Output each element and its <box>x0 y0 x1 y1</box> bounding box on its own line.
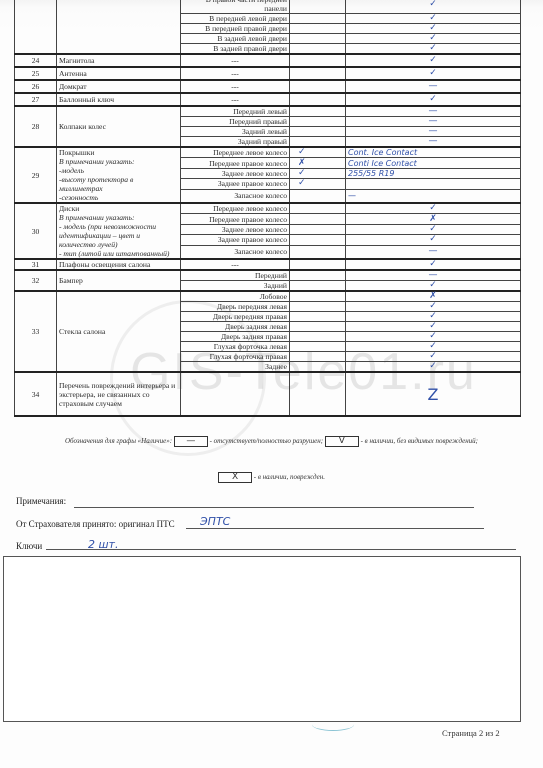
note-cell <box>290 67 346 80</box>
row-number: 26 <box>15 80 57 93</box>
item-name: Стекла салона <box>57 291 181 372</box>
keys-field[interactable]: 2 шт. <box>46 535 516 550</box>
item-name: ДискиВ примечании указать:- модель (при … <box>57 203 181 259</box>
legend-check-text: - в наличии, без видимых повреждений; <box>361 437 478 445</box>
sub-item-label: Передний <box>181 270 290 281</box>
row-number: 34 <box>15 372 57 416</box>
item-name <box>57 0 181 54</box>
row-number: 32 <box>15 270 57 291</box>
item-hint: -сезонность <box>59 193 178 202</box>
sub-item-label: Задний правый <box>181 137 290 148</box>
note-cell <box>290 127 346 137</box>
cross-icon: X <box>232 472 238 482</box>
note-cell <box>290 137 346 148</box>
sub-item-label: Передний правый <box>181 117 290 127</box>
presence-mark[interactable]: ✓ <box>346 34 521 44</box>
sub-item-label: Задний левый <box>181 127 290 137</box>
sub-item-label: В правой части передней панели <box>181 0 290 14</box>
presence-mark[interactable]: — <box>346 137 521 148</box>
note-cell <box>290 224 346 234</box>
note-cell <box>290 302 346 312</box>
note-cell <box>290 0 346 14</box>
stamp-fragment <box>312 718 354 731</box>
tire-note <box>346 179 521 189</box>
page-number: Страница 2 из 2 <box>442 728 500 738</box>
presence-mark[interactable]: — <box>346 117 521 127</box>
pts-label: От Страхователя принято: оригинал ПТС <box>16 519 175 529</box>
presence-mark[interactable]: ✓ <box>290 179 346 189</box>
sub-item-label: Переднее левое колесо <box>181 147 290 158</box>
presence-mark[interactable]: ✓ <box>346 322 521 332</box>
note-cell <box>290 54 346 67</box>
note-cell <box>290 24 346 34</box>
item-title: Бампер <box>59 276 178 285</box>
tire-note: Cont. Ice Contact <box>346 147 521 158</box>
tire-note: — <box>346 189 521 203</box>
note-cell <box>290 44 346 55</box>
sub-item-label: Дверь передняя левая <box>181 302 290 312</box>
document-page: GIS-Tele01.ru В правой части передней па… <box>0 0 543 768</box>
check-icon: V <box>339 436 345 446</box>
sub-item-label: Глухая форточка правая <box>181 352 290 362</box>
presence-mark[interactable]: ✗ <box>346 291 521 302</box>
sub-item-label: Запасное колесо <box>181 189 290 203</box>
presence-mark[interactable]: ✓ <box>290 168 346 178</box>
note-cell <box>290 372 346 416</box>
keys-label: Ключи <box>16 541 42 551</box>
table-row: 32БамперПередний— <box>15 270 521 281</box>
presence-mark[interactable]: ✓ <box>346 332 521 342</box>
presence-mark[interactable]: — <box>346 106 521 117</box>
presence-mark[interactable]: ✓ <box>346 24 521 34</box>
signature-box <box>3 556 521 722</box>
sub-item-label: Заднее <box>181 362 290 373</box>
sub-item-label: Заднее левое колесо <box>181 224 290 234</box>
notes-field[interactable] <box>74 497 474 508</box>
table-row: 26Домкрат---— <box>15 80 521 93</box>
note-cell <box>290 281 346 292</box>
item-name: Баллонный ключ <box>57 93 181 106</box>
row-number: 29 <box>15 147 57 203</box>
row-number: 27 <box>15 93 57 106</box>
note-cell <box>290 362 346 373</box>
note-cell <box>290 259 346 270</box>
presence-mark[interactable]: ✓ <box>290 147 346 158</box>
sub-item-label: Дверь задняя левая <box>181 322 290 332</box>
row-number: 24 <box>15 54 57 67</box>
row-number: 30 <box>15 203 57 259</box>
pts-value: ЭПТС <box>186 515 230 528</box>
legend-dash-text: - отсутствует/полностью разрушен; <box>210 437 324 445</box>
sub-item-label: Заднее левое колесо <box>181 168 290 178</box>
table-row: 30ДискиВ примечании указать:- модель (пр… <box>15 203 521 214</box>
table-row: 27Баллонный ключ---✓ <box>15 93 521 106</box>
item-title: Колпаки колес <box>59 122 178 131</box>
note-cell <box>290 352 346 362</box>
note-cell <box>290 203 346 214</box>
inspection-table: В правой части передней панели✓В передне… <box>14 0 521 417</box>
item-name: Колпаки колес <box>57 106 181 147</box>
sub-item-label: Глухая форточка левая <box>181 342 290 352</box>
sub-item-label: В передней левой двери <box>181 14 290 24</box>
item-title: Диски <box>59 204 178 213</box>
sub-item-label <box>181 372 290 416</box>
sub-item-label: В задней левой двери <box>181 34 290 44</box>
sub-item-label: Лобовое <box>181 291 290 302</box>
sub-item-label: --- <box>181 80 290 93</box>
presence-mark[interactable]: ✗ <box>346 214 521 224</box>
sub-item-label: Заднее правое колесо <box>181 179 290 189</box>
sub-item-label: Переднее правое колесо <box>181 214 290 224</box>
sub-item-label: Задний <box>181 281 290 292</box>
item-hint: В примечании указать: <box>59 213 178 222</box>
legend-line-2: X - в наличии, поврежден. <box>0 472 543 483</box>
presence-mark[interactable]: ✓ <box>346 0 521 14</box>
item-name: Магнитола <box>57 54 181 67</box>
row-number: 31 <box>15 259 57 270</box>
presence-mark[interactable]: ✓ <box>346 67 521 80</box>
legend-prefix: Обозначения для графы «Наличие»: <box>65 437 172 445</box>
note-cell <box>290 312 346 322</box>
presence-mark[interactable]: ✓ <box>346 281 521 292</box>
presence-mark[interactable]: ✓ <box>346 352 521 362</box>
item-title: Стекла салона <box>59 327 178 336</box>
sub-item-label: --- <box>181 259 290 270</box>
presence-mark[interactable]: — <box>346 80 521 93</box>
presence-mark[interactable] <box>290 189 346 203</box>
sub-item-label: Запасное колесо <box>181 245 290 259</box>
note-cell <box>290 34 346 44</box>
sub-item-label: Заднее правое колесо <box>181 235 290 245</box>
presence-mark[interactable]: — <box>346 245 521 259</box>
sub-item-label: --- <box>181 93 290 106</box>
sub-item-label: Дверь задняя правая <box>181 332 290 342</box>
table-row: В правой части передней панели✓ <box>15 0 521 14</box>
sub-item-label: Передний левый <box>181 106 290 117</box>
table-row: 34Перечень повреждений интерьера и эксте… <box>15 372 521 416</box>
table-row: 28Колпаки колесПередний левый— <box>15 106 521 117</box>
presence-mark[interactable]: ✓ <box>346 312 521 322</box>
table-row: 31Плафоны освещения салона---✓ <box>15 259 521 270</box>
note-cell <box>290 80 346 93</box>
presence-mark[interactable]: — <box>346 270 521 281</box>
note-cell <box>290 291 346 302</box>
presence-mark[interactable]: ✓ <box>346 302 521 312</box>
item-name: Плафоны освещения салона <box>57 259 181 270</box>
table-row: 24Магнитола---✓ <box>15 54 521 67</box>
item-hint: В примечании указать: <box>59 157 178 166</box>
note-cell <box>290 332 346 342</box>
presence-mark[interactable]: ✓ <box>346 342 521 352</box>
sub-item-label: --- <box>181 67 290 80</box>
item-name: Антенна <box>57 67 181 80</box>
note-cell <box>290 322 346 332</box>
presence-mark[interactable]: ✓ <box>346 362 521 373</box>
pts-field[interactable]: ЭПТС <box>186 512 484 529</box>
item-name: ПокрышкиВ примечании указать:-модель-выс… <box>57 147 181 203</box>
note-cell <box>290 270 346 281</box>
note-cell <box>290 342 346 352</box>
note-cell <box>290 93 346 106</box>
tire-note: 255/55 R19 <box>346 168 521 178</box>
sub-item-label: Переднее левое колесо <box>181 203 290 214</box>
dash-icon: — <box>186 436 195 446</box>
item-name: Домкрат <box>57 80 181 93</box>
presence-mark[interactable]: ✓ <box>346 224 521 234</box>
presence-mark[interactable]: ✓ <box>346 235 521 245</box>
row-number: 28 <box>15 106 57 147</box>
presence-mark[interactable]: ✓ <box>346 54 521 67</box>
presence-mark[interactable]: ✓ <box>346 259 521 270</box>
presence-mark[interactable]: ✓ <box>346 93 521 106</box>
item-hint: -модель <box>59 166 178 175</box>
row-number <box>15 0 57 54</box>
legend-cross-box: X <box>218 472 252 483</box>
note-cell <box>290 235 346 245</box>
legend-check-box: V <box>325 436 359 447</box>
sub-item-label: Дверь передняя правая <box>181 312 290 322</box>
note-cell <box>290 14 346 24</box>
note-cell <box>290 117 346 127</box>
presence-mark[interactable]: ✓ <box>346 44 521 55</box>
sub-item-label: В задней правой двери <box>181 44 290 55</box>
note-cell <box>290 106 346 117</box>
sub-item-label: Переднее правое колесо <box>181 158 290 168</box>
sub-item-label: В передней правой двери <box>181 24 290 34</box>
legend-dash-box: — <box>174 436 208 447</box>
presence-mark[interactable]: ✗ <box>290 158 346 168</box>
notes-label: Примечания: <box>16 496 66 506</box>
legend-line-1: Обозначения для графы «Наличие»: — - отс… <box>0 436 543 447</box>
item-hint: - модель (при невозможности идентификаци… <box>59 222 178 249</box>
table-row: 29ПокрышкиВ примечании указать:-модель-в… <box>15 147 521 158</box>
presence-mark[interactable]: Z <box>346 372 521 416</box>
legend-cross-text: - в наличии, поврежден. <box>254 473 325 481</box>
item-name: Перечень повреждений интерьера и экстерь… <box>57 372 181 416</box>
keys-value: 2 шт. <box>46 538 118 551</box>
item-hint: -высоту протектора в миллиметрах <box>59 175 178 193</box>
note-cell <box>290 245 346 259</box>
item-name: Бампер <box>57 270 181 291</box>
item-hint: - тип (литой или штампованный) <box>59 249 178 258</box>
table-row: 33Стекла салонаЛобовое✗ <box>15 291 521 302</box>
presence-mark[interactable]: ✓ <box>346 14 521 24</box>
table-row: 25Антенна---✓ <box>15 67 521 80</box>
note-cell <box>290 214 346 224</box>
presence-mark[interactable]: ✓ <box>346 203 521 214</box>
presence-mark[interactable]: — <box>346 127 521 137</box>
tire-note: Conti Ice Contact <box>346 158 521 168</box>
sub-item-label: --- <box>181 54 290 67</box>
item-title: Покрышки <box>59 148 178 157</box>
row-number: 25 <box>15 67 57 80</box>
row-number: 33 <box>15 291 57 372</box>
